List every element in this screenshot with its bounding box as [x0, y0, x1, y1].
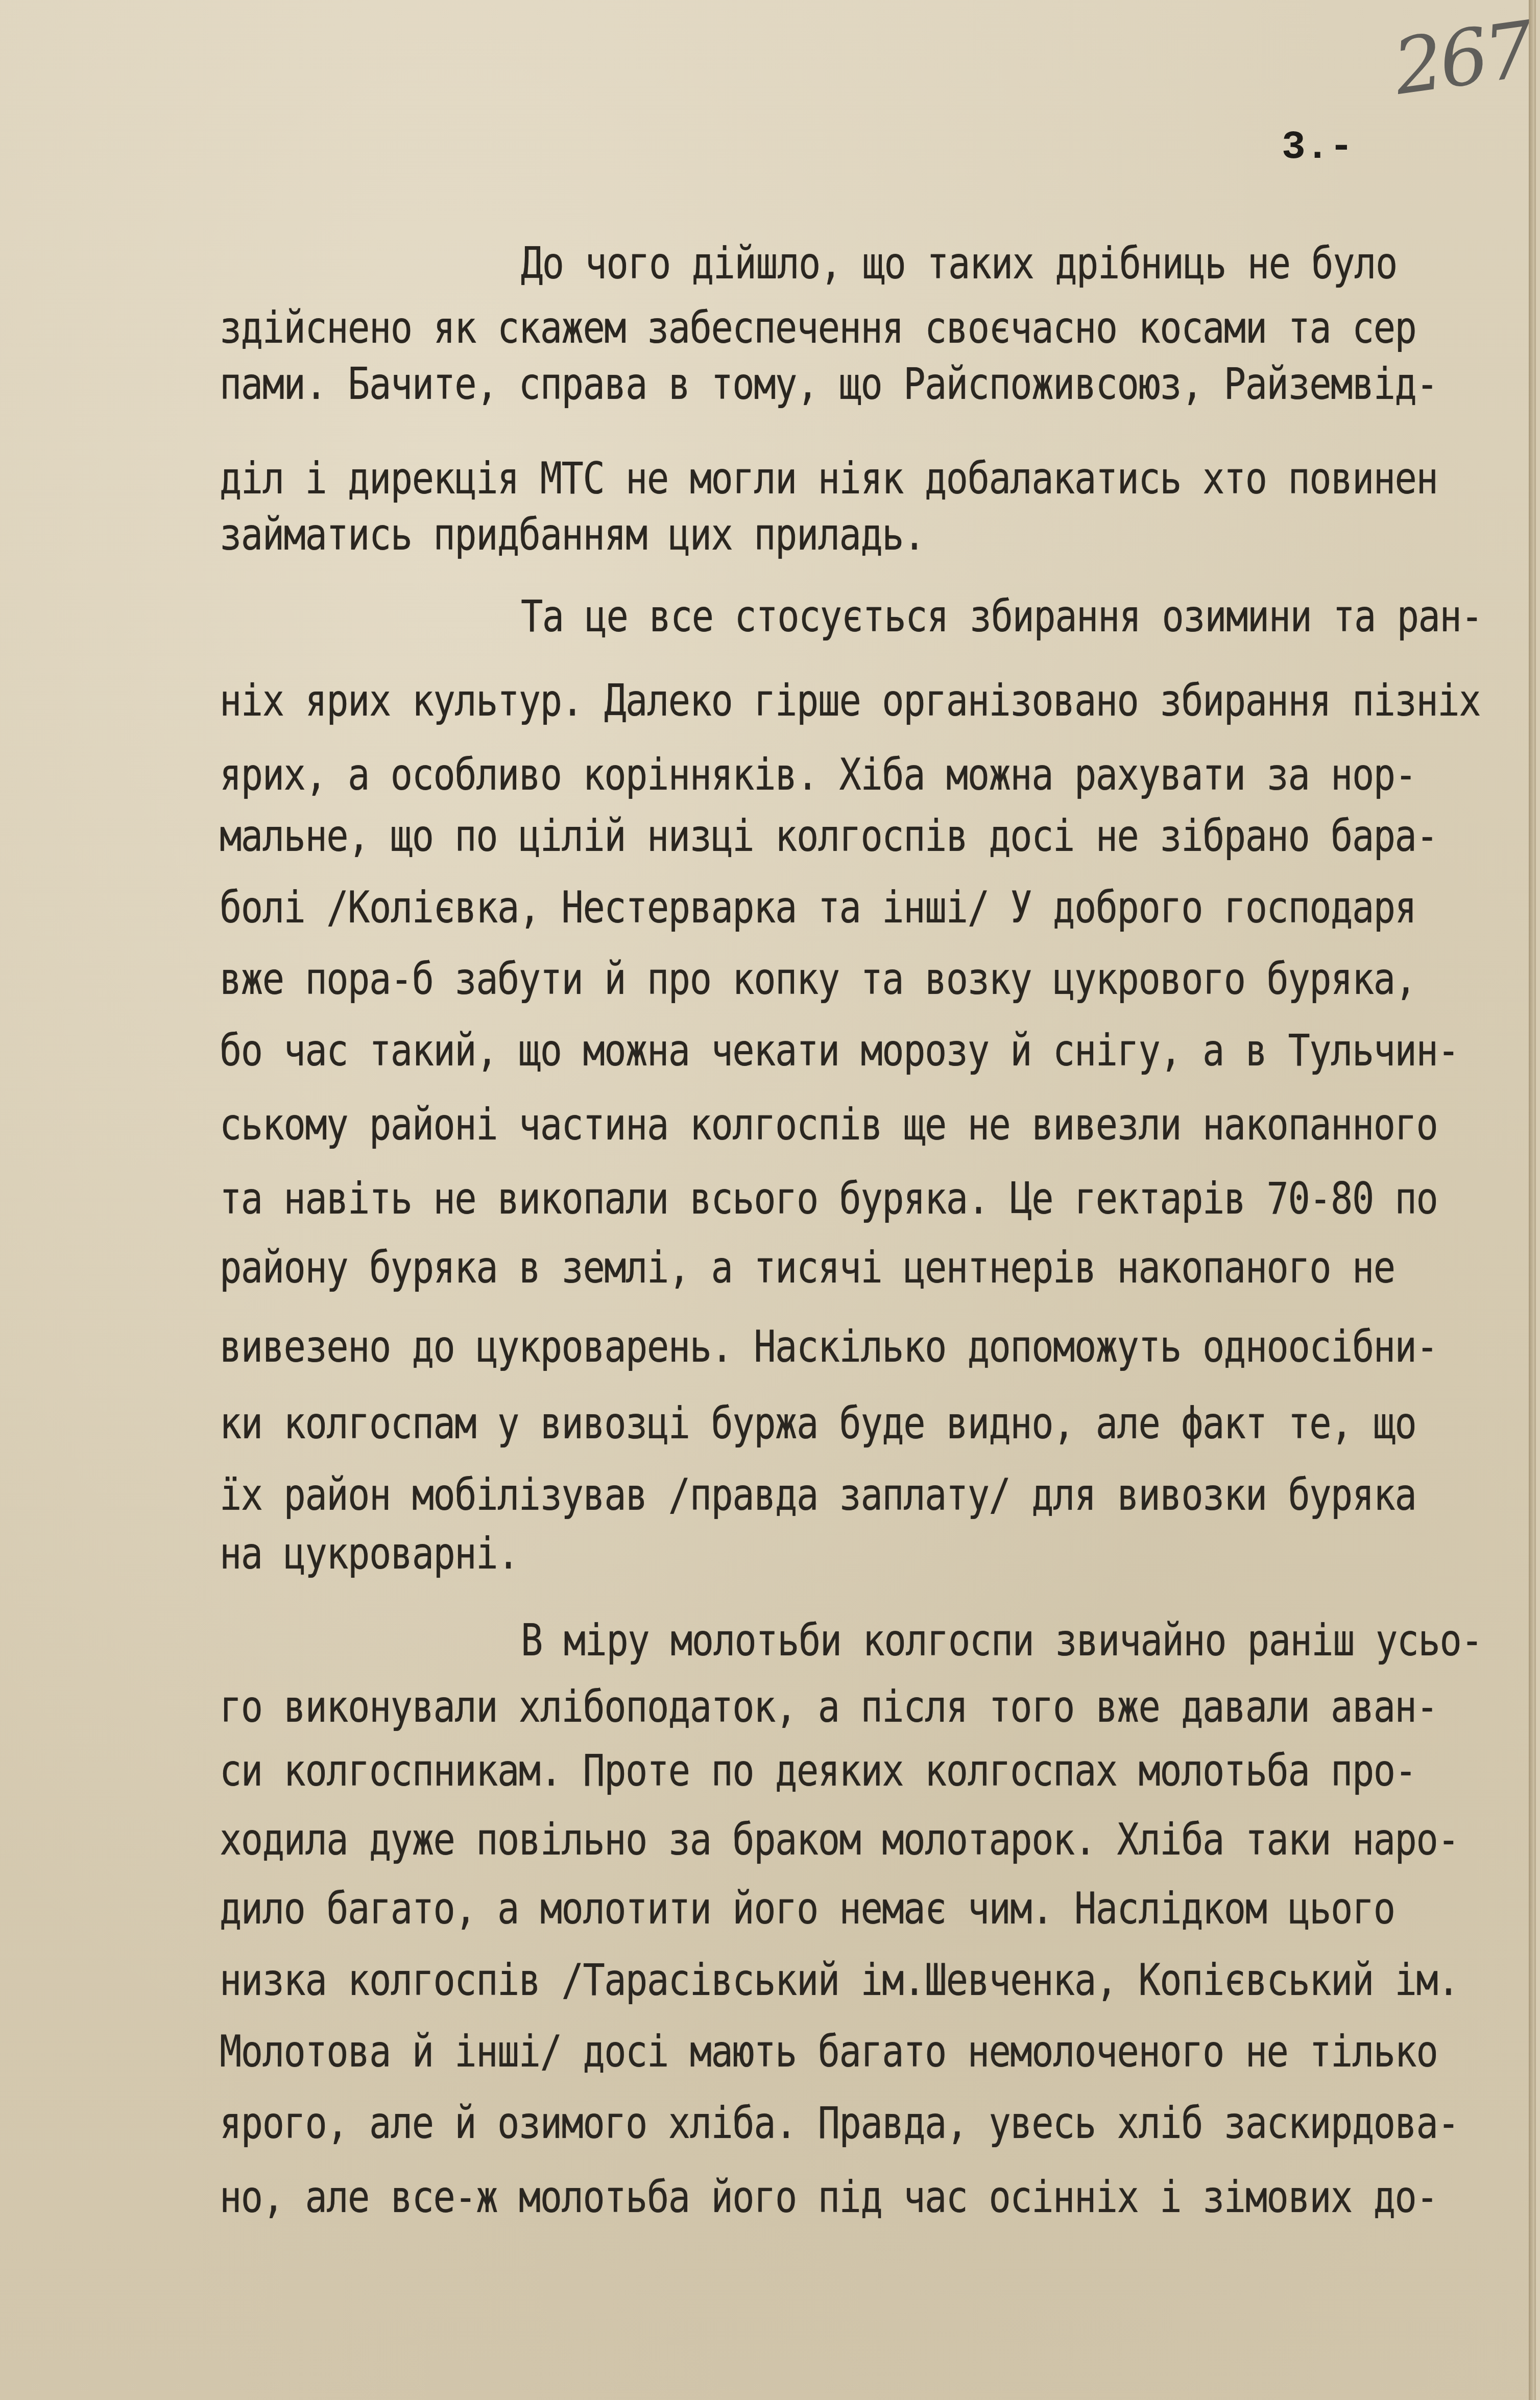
text-line: їх район мобілізував /правда заплату/ дл… [220, 1473, 1416, 1516]
text-line: До чого дійшло, що таких дрібниць не бул… [521, 242, 1397, 286]
text-line: займатись придбанням цих приладь. [220, 513, 925, 556]
document-page: 267 3.- До чого дійшло, що таких дрібниц… [0, 0, 1536, 2400]
text-line: ки колгоспам у вивозці буржа буде видно,… [220, 1401, 1416, 1445]
page-number: 3.- [1282, 125, 1353, 170]
text-line: вивезено до цукроварень. Наскілько допом… [220, 1325, 1437, 1368]
text-line: вже пора-б забути й про копку та возку ц… [220, 957, 1416, 1001]
text-line: низка колгоспів /Тарасівський ім.Шевченк… [220, 1958, 1459, 2002]
text-line: мальне, що по цілій низці колгоспів досі… [220, 814, 1437, 858]
text-line: ярого, але й озимого хліба. Правда, увес… [220, 2101, 1459, 2145]
text-line: ярих, а особливо корінняків. Хіба можна … [220, 753, 1416, 796]
text-line: ходила дуже повільно за браком молотарок… [220, 1818, 1459, 1861]
folio-number: 267 [1388, 5, 1536, 112]
text-line: го виконували хлібоподаток, а після того… [220, 1685, 1437, 1728]
text-line: Молотова й інші/ досі мають багато немол… [220, 2030, 1437, 2073]
text-line: В міру молотьби колгоспи звичайно раніш … [521, 1619, 1482, 1662]
page-edge [1529, 0, 1534, 2400]
text-line: бо час такий, що можна чекати морозу й с… [220, 1029, 1459, 1072]
text-line: діл і дирекція МТС не могли ніяк добалак… [220, 457, 1437, 500]
text-line: си колгоспникам. Проте по деяких колгосп… [220, 1749, 1416, 1792]
text-line: пами. Бачите, справа в тому, що Райспожи… [220, 362, 1437, 406]
text-line: но, але все-ж молотьба його під час осін… [220, 2175, 1437, 2219]
text-line: ніх ярих культур. Далеко гірше організов… [220, 679, 1480, 722]
text-line: болі /Колієвка, Нестерварка та інші/ У д… [220, 886, 1416, 929]
text-line: дило багато, а молотити його немає чим. … [220, 1887, 1395, 1930]
text-line: ському районі частина колгоспів ще не ви… [220, 1103, 1437, 1146]
text-line: району буряка в землі, а тисячі центнері… [220, 1246, 1395, 1289]
text-line: та навіть не викопали всього буряка. Це … [220, 1177, 1437, 1220]
text-line: на цукроварні. [220, 1532, 519, 1575]
text-line: Та це все стосується збирання озимини та… [521, 595, 1482, 638]
text-line: здійснено як скажем забеспечення своєчас… [220, 306, 1416, 349]
